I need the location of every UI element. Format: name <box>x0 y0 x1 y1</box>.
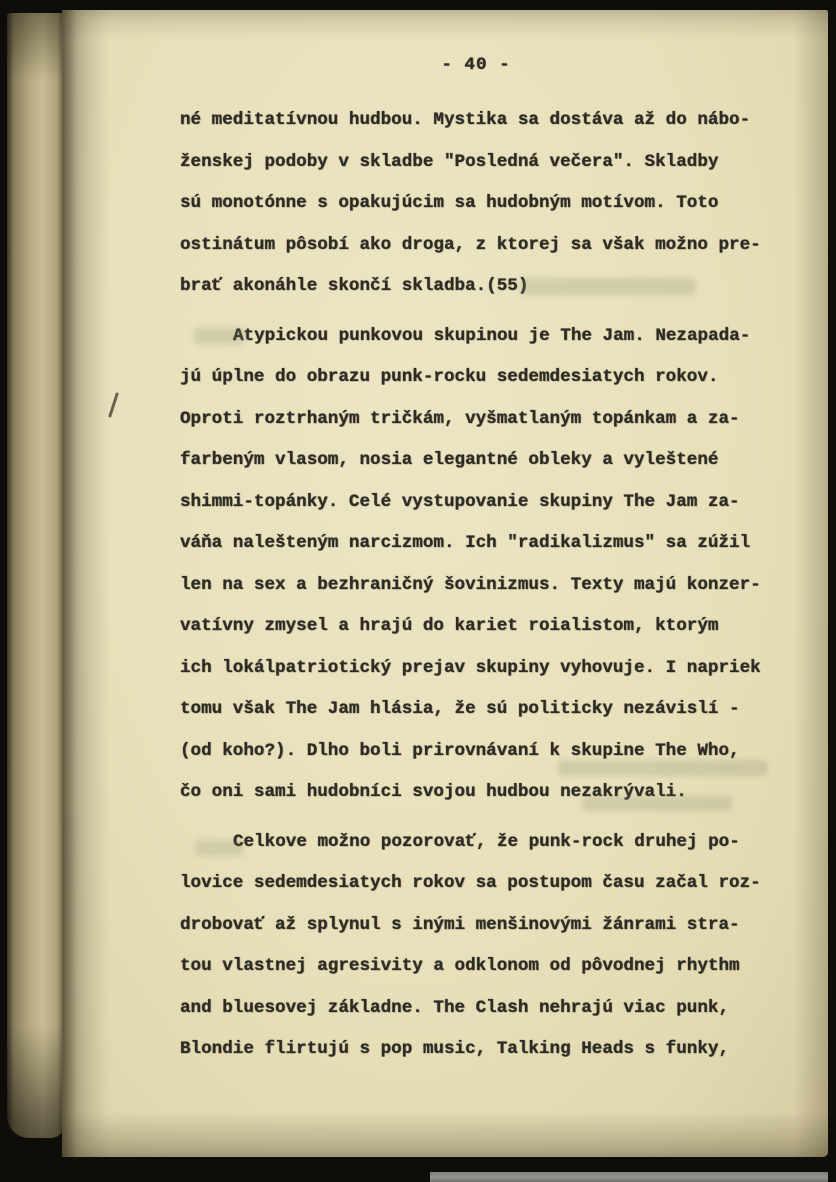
ink-bleedthrough-smudge <box>520 278 696 295</box>
margin-stray-mark <box>108 392 119 418</box>
page-number: - 40 - <box>180 54 772 76</box>
scanned-book-photo: - 40 - né meditatívnou hudbou. Mystika s… <box>0 0 836 1182</box>
underlying-page-edge <box>7 13 65 1138</box>
ink-bleedthrough-smudge <box>582 796 732 811</box>
document-page: - 40 - né meditatívnou hudbou. Mystika s… <box>62 10 828 1157</box>
body-text: né meditatívnou hudbou. Mystika sa dostá… <box>180 100 788 1079</box>
scanner-bed-strip <box>430 1172 828 1182</box>
paragraph-the-jam: Atypickou punkovou skupinou je The Jam. … <box>180 316 788 814</box>
paragraph-mystika: né meditatívnou hudbou. Mystika sa dostá… <box>180 100 788 308</box>
paragraph-punk-rock-zaver: Celkove možno pozorovať, že punk-rock dr… <box>180 822 788 1071</box>
ink-bleedthrough-smudge <box>194 328 246 344</box>
ink-bleedthrough-smudge <box>558 760 768 776</box>
ink-bleedthrough-smudge <box>195 840 243 856</box>
